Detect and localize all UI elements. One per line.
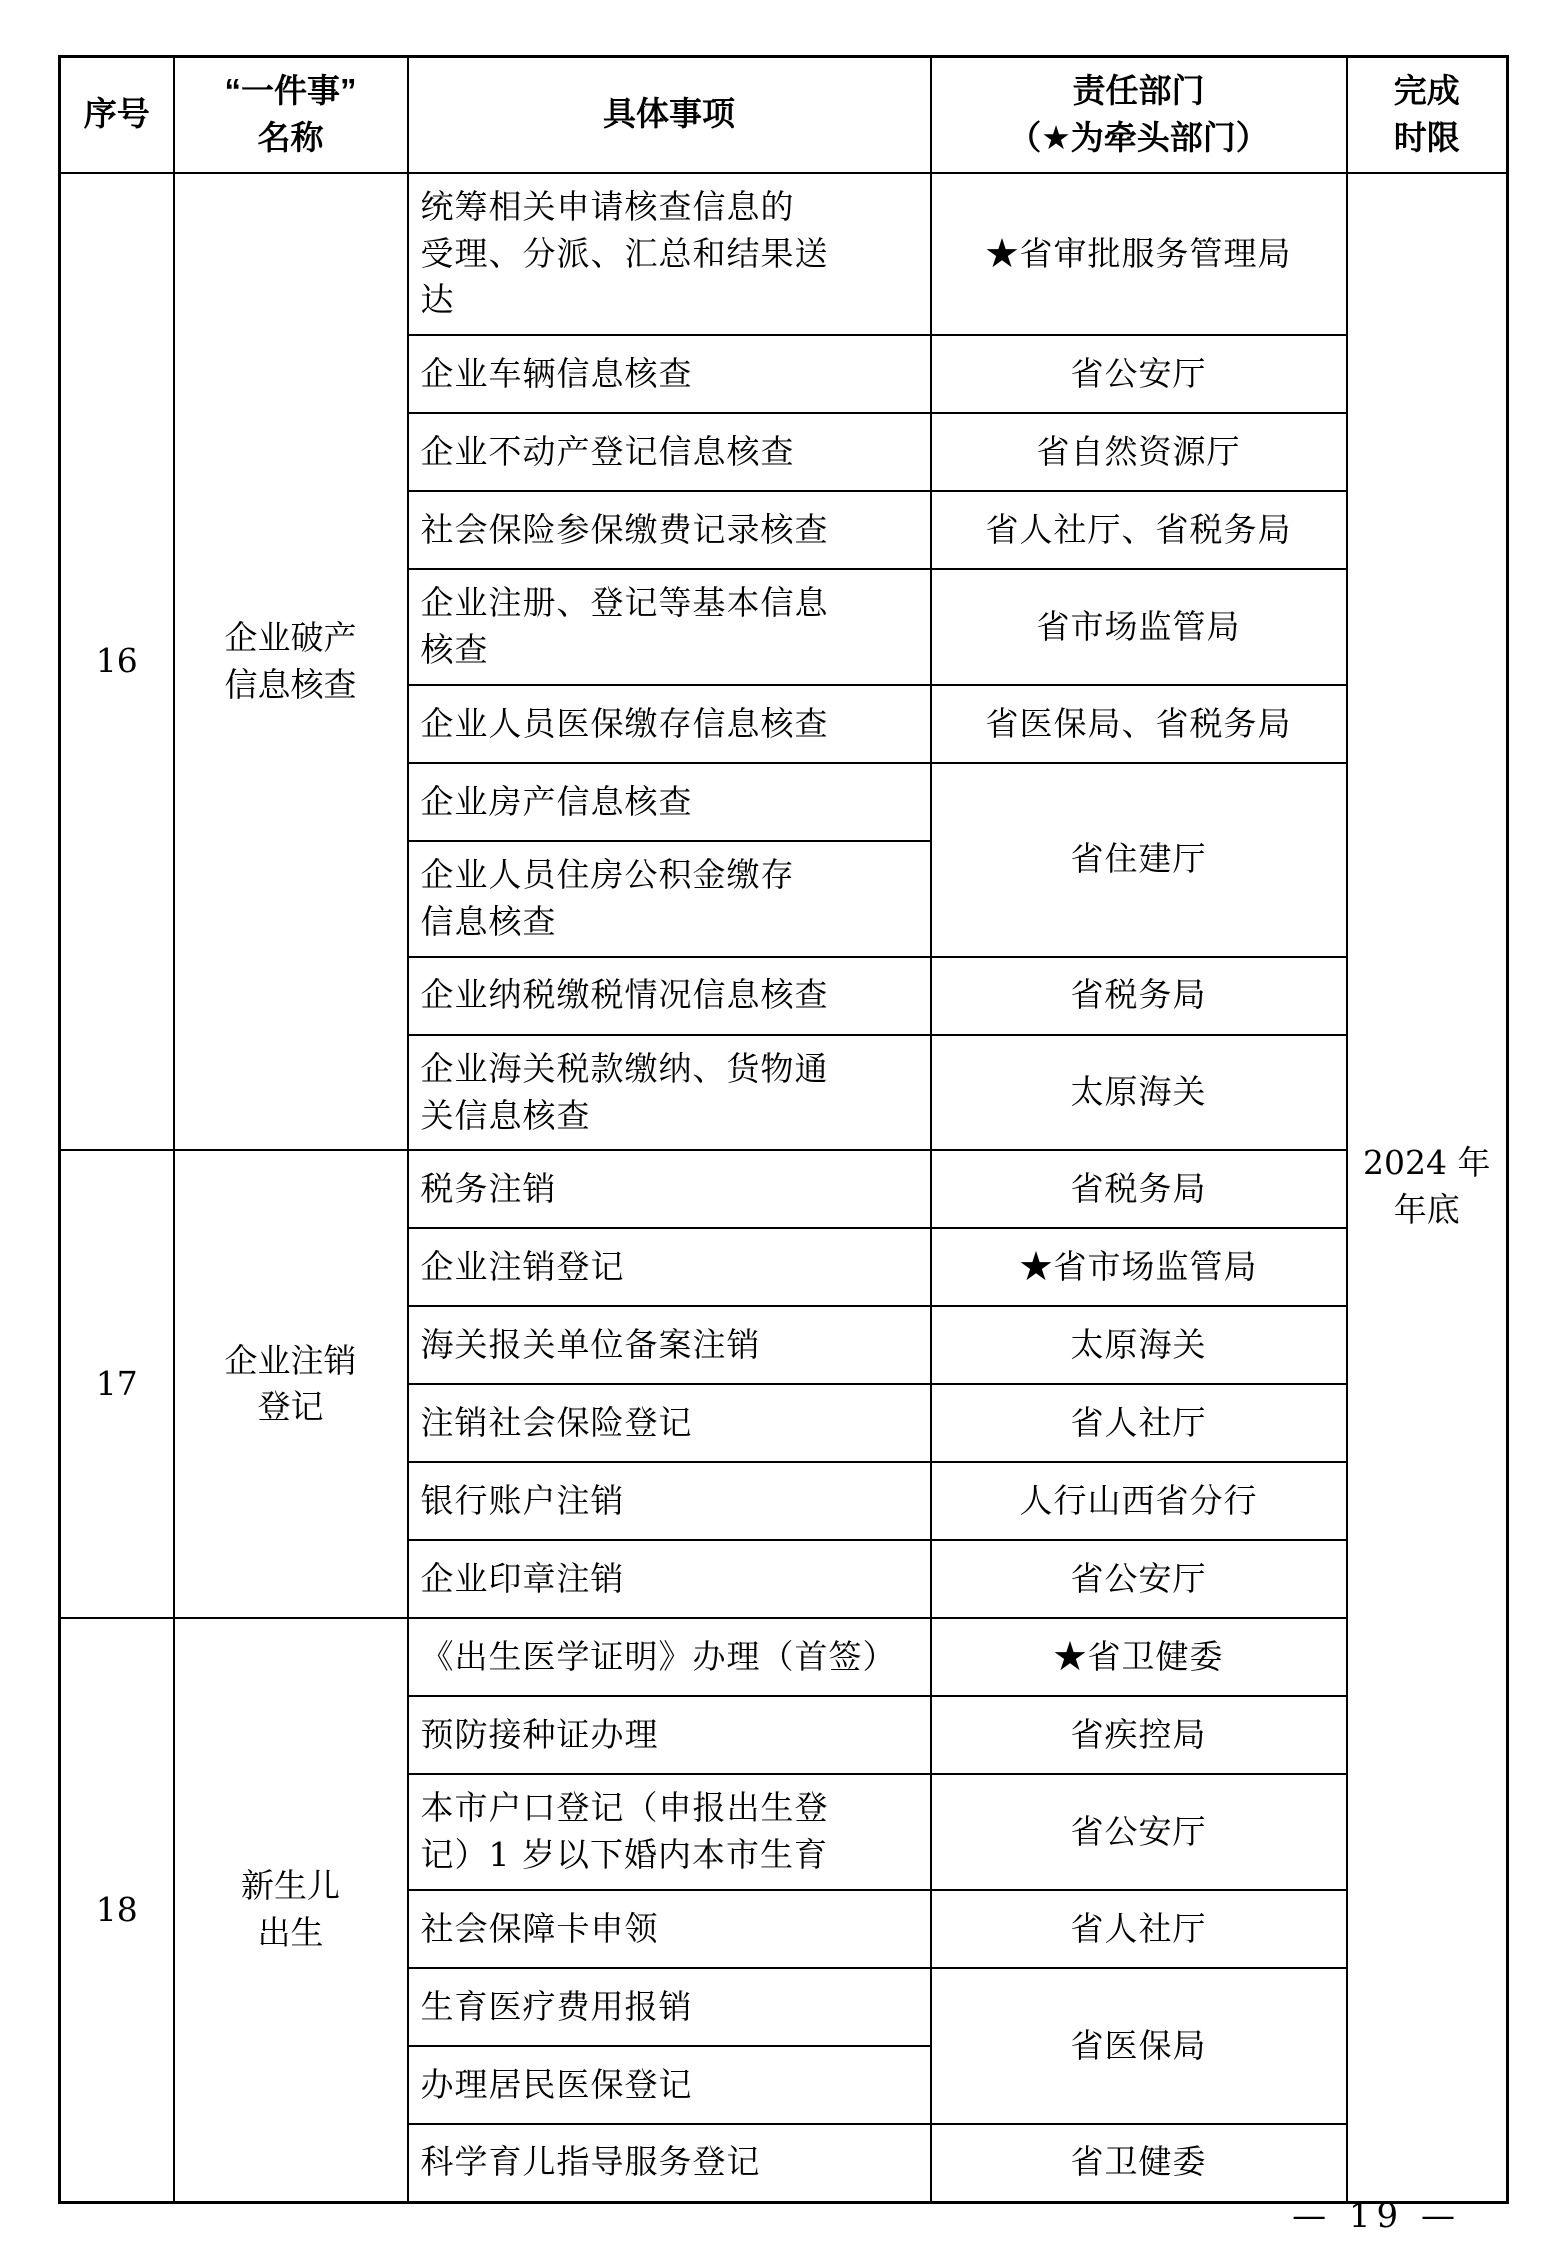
item-cell: 企业房产信息核查 — [408, 763, 931, 841]
department-cell: 省税务局 — [931, 957, 1347, 1035]
section-name-cell: 新生儿 出生 — [174, 1618, 408, 2202]
item-cell: 企业人员住房公积金缴存 信息核查 — [408, 841, 931, 957]
item-cell: 科学育儿指导服务登记 — [408, 2124, 931, 2202]
item-cell: 办理居民医保登记 — [408, 2046, 931, 2124]
one-thing-items-table: 序号 “一件事” 名称 具体事项 责任部门 （★为牵头部门） 完成 时限 16企… — [58, 55, 1509, 2204]
section-number-cell: 16 — [60, 173, 174, 1151]
department-cell: ★省市场监管局 — [931, 1228, 1347, 1306]
header-item: 具体事项 — [408, 57, 931, 173]
department-cell: 省医保局、省税务局 — [931, 685, 1347, 763]
department-cell: 省人社厅 — [931, 1890, 1347, 1968]
item-cell: 预防接种证办理 — [408, 1696, 931, 1774]
section-name-cell: 企业破产 信息核查 — [174, 173, 408, 1151]
item-cell: 企业印章注销 — [408, 1540, 931, 1618]
header-deadline: 完成 时限 — [1347, 57, 1508, 173]
item-cell: 银行账户注销 — [408, 1462, 931, 1540]
item-cell: 企业海关税款缴纳、货物通 关信息核查 — [408, 1035, 931, 1151]
item-cell: 企业注册、登记等基本信息 核查 — [408, 569, 931, 685]
department-cell: 省人社厅、省税务局 — [931, 491, 1347, 569]
department-cell: ★省卫健委 — [931, 1618, 1347, 1696]
department-cell: 省税务局 — [931, 1150, 1347, 1228]
item-cell: 企业注销登记 — [408, 1228, 931, 1306]
item-cell: 企业车辆信息核查 — [408, 335, 931, 413]
item-cell: 生育医疗费用报销 — [408, 1968, 931, 2046]
item-cell: 海关报关单位备案注销 — [408, 1306, 931, 1384]
document-page: 序号 “一件事” 名称 具体事项 责任部门 （★为牵头部门） 完成 时限 16企… — [0, 0, 1549, 2263]
item-cell: 统筹相关申请核查信息的 受理、分派、汇总和结果送 达 — [408, 173, 931, 336]
item-cell: 注销社会保险登记 — [408, 1384, 931, 1462]
table-row: 17企业注销 登记税务注销省税务局 — [60, 1150, 1508, 1228]
department-cell: 省医保局 — [931, 1968, 1347, 2124]
header-index: 序号 — [60, 57, 174, 173]
item-cell: 社会保险参保缴费记录核查 — [408, 491, 931, 569]
department-cell: 省公安厅 — [931, 1540, 1347, 1618]
department-cell: 省公安厅 — [931, 335, 1347, 413]
table-row: 18新生儿 出生《出生医学证明》办理（首签）★省卫健委 — [60, 1618, 1508, 1696]
department-cell: 省住建厅 — [931, 763, 1347, 957]
department-cell: 省公安厅 — [931, 1774, 1347, 1890]
department-cell: 太原海关 — [931, 1035, 1347, 1151]
item-cell: 企业人员医保缴存信息核查 — [408, 685, 931, 763]
department-cell: 省市场监管局 — [931, 569, 1347, 685]
section-number-cell: 18 — [60, 1618, 174, 2202]
department-cell: ★省审批服务管理局 — [931, 173, 1347, 336]
department-cell: 省疾控局 — [931, 1696, 1347, 1774]
item-cell: 企业不动产登记信息核查 — [408, 413, 931, 491]
header-name: “一件事” 名称 — [174, 57, 408, 173]
header-department: 责任部门 （★为牵头部门） — [931, 57, 1347, 173]
deadline-cell: 2024 年 年底 — [1347, 173, 1508, 2202]
section-name-cell: 企业注销 登记 — [174, 1150, 408, 1618]
department-cell: 省卫健委 — [931, 2124, 1347, 2202]
item-cell: 《出生医学证明》办理（首签） — [408, 1618, 931, 1696]
page-number: — 19 — — [1292, 2196, 1461, 2236]
department-cell: 太原海关 — [931, 1306, 1347, 1384]
table-header-row: 序号 “一件事” 名称 具体事项 责任部门 （★为牵头部门） 完成 时限 — [60, 57, 1508, 173]
department-cell: 人行山西省分行 — [931, 1462, 1347, 1540]
item-cell: 税务注销 — [408, 1150, 931, 1228]
item-cell: 企业纳税缴税情况信息核查 — [408, 957, 931, 1035]
item-cell: 社会保障卡申领 — [408, 1890, 931, 1968]
department-cell: 省自然资源厅 — [931, 413, 1347, 491]
item-cell: 本市户口登记（申报出生登 记）1 岁以下婚内本市生育 — [408, 1774, 931, 1890]
department-cell: 省人社厅 — [931, 1384, 1347, 1462]
section-number-cell: 17 — [60, 1150, 174, 1618]
table-row: 16企业破产 信息核查统筹相关申请核查信息的 受理、分派、汇总和结果送 达★省审… — [60, 173, 1508, 336]
